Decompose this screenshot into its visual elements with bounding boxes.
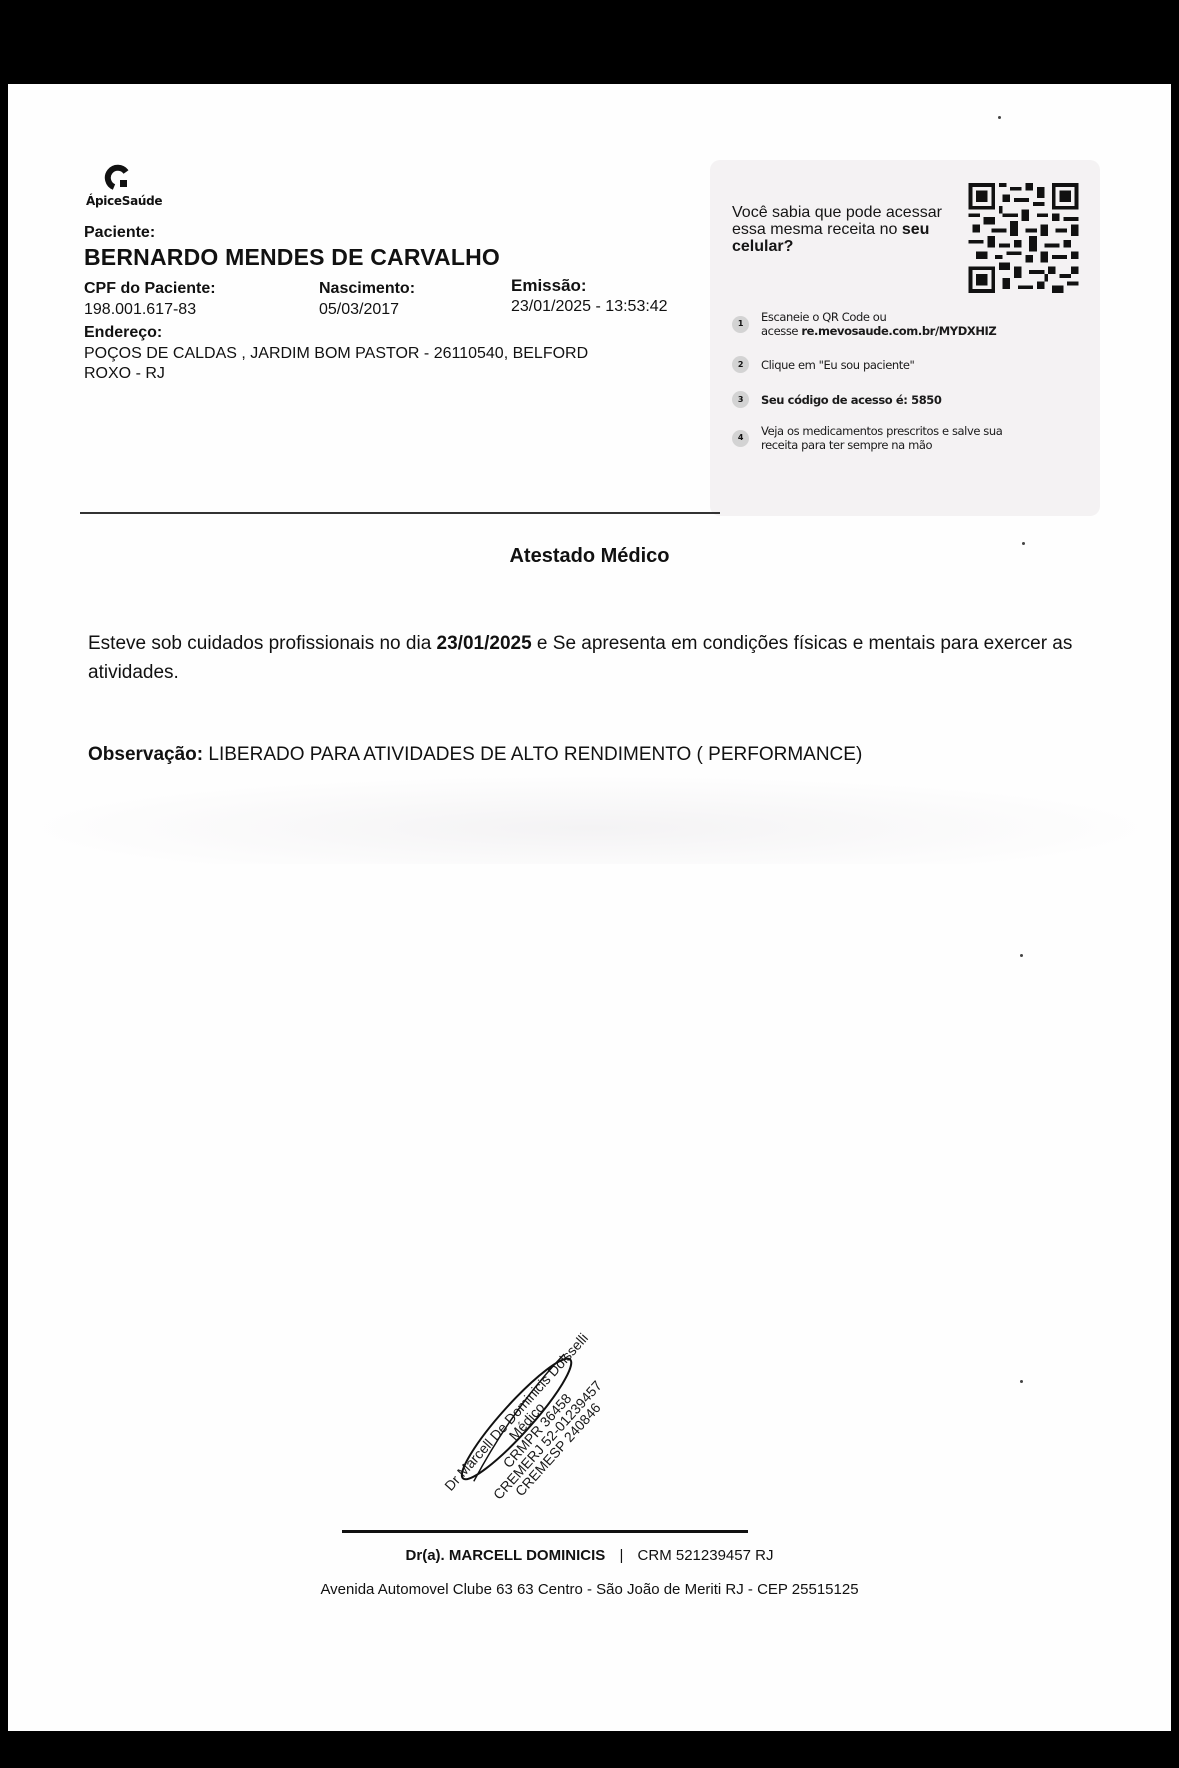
header-divider <box>80 512 720 514</box>
address-line-2: ROXO - RJ <box>84 365 165 383</box>
scan-dot <box>1022 542 1025 545</box>
clinic-name: ÁpiceSaúde <box>86 194 176 208</box>
clinic-logo: ÁpiceSaúde <box>86 162 176 208</box>
step-1-prefix: acesse <box>761 324 801 338</box>
access-code-text: Seu código de acesso é: 5850 <box>761 393 942 407</box>
qr-access-panel: Você sabia que pode acessar essa mesma r… <box>710 160 1100 516</box>
clinic-address: Avenida Automovel Clube 63 63 Centro - S… <box>8 1581 1171 1598</box>
issue-value: 23/01/2025 - 13:53:42 <box>511 298 668 316</box>
step-number-badge: 4 <box>732 430 749 447</box>
care-date: 23/01/2025 <box>437 633 532 654</box>
qr-question: Você sabia que pode acessar essa mesma r… <box>732 204 952 255</box>
scan-dot <box>1020 1380 1023 1383</box>
scan-smudge <box>8 774 1171 864</box>
step-2: 2 Clique em "Eu sou paciente" <box>732 356 1092 373</box>
birth-value: 05/03/2017 <box>319 301 399 319</box>
step-4-text-a: Veja os medicamentos prescritos e salve … <box>761 424 1002 438</box>
access-url-link[interactable]: re.mevosaude.com.br/MYDXHIZ <box>801 324 996 338</box>
doctor-name: Dr(a). MARCELL DOMINICIS <box>406 1547 606 1564</box>
step-2-text: Clique em "Eu sou paciente" <box>761 358 914 372</box>
patient-label: Paciente: <box>84 224 155 242</box>
observation: Observação: LIBERADO PARA ATIVIDADES DE … <box>88 744 1128 766</box>
birth-label: Nascimento: <box>319 280 415 298</box>
step-4: 4 Veja os medicamentos prescritos e salv… <box>732 424 1092 452</box>
cpf-label: CPF do Paciente: <box>84 280 216 298</box>
cpf-value: 198.001.617-83 <box>84 301 196 319</box>
observation-label: Observação: <box>88 744 203 765</box>
body-prefix: Esteve sob cuidados profissionais no dia <box>88 633 437 654</box>
step-1-text: Escaneie o QR Code ou <box>761 310 996 324</box>
scan-dot <box>998 116 1001 119</box>
step-3: 3 Seu código de acesso é: 5850 <box>732 391 1092 408</box>
qr-code-icon[interactable] <box>967 183 1080 293</box>
certificate-body: Esteve sob cuidados profissionais no dia… <box>88 629 1108 687</box>
stamp-crmpr: CRMPR 36458 <box>445 1329 629 1532</box>
doctor-info: Dr(a). MARCELL DOMINICIS | CRM 521239457… <box>8 1547 1171 1564</box>
issue-label: Emissão: <box>511 276 587 296</box>
address-line-1: POÇOS DE CALDAS , JARDIM BOM PASTOR - 26… <box>84 345 588 363</box>
scan-dot <box>1020 954 1023 957</box>
step-4-text-b: receita para ter sempre na mão <box>761 438 1002 452</box>
document-page: ÁpiceSaúde Paciente: BERNARDO MENDES DE … <box>8 84 1171 1731</box>
access-steps-list: 1 Escaneie o QR Code ou acesse re.mevosa… <box>732 310 1092 452</box>
signature-line <box>342 1530 748 1533</box>
doctor-crm: CRM 521239457 RJ <box>638 1547 774 1564</box>
document-title: Atestado Médico <box>8 545 1171 568</box>
logo-icon <box>102 162 132 192</box>
patient-name: BERNARDO MENDES DE CARVALHO <box>84 244 500 271</box>
address-label: Endereço: <box>84 324 162 342</box>
step-number-badge: 3 <box>732 391 749 408</box>
step-1: 1 Escaneie o QR Code ou acesse re.mevosa… <box>732 310 1092 338</box>
step-number-badge: 2 <box>732 356 749 373</box>
observation-text: LIBERADO PARA ATIVIDADES DE ALTO RENDIME… <box>203 744 862 765</box>
separator: | <box>619 1547 623 1564</box>
step-number-badge: 1 <box>732 316 749 333</box>
